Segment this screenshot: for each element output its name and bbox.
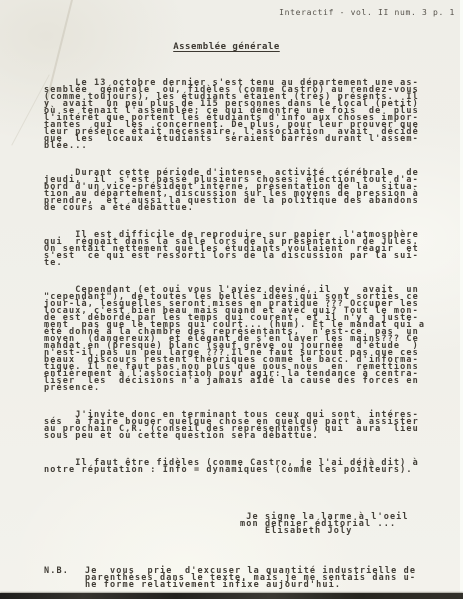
paragraph: Cependant (et oui vous l'aviez deviné, i… — [44, 287, 434, 392]
paragraph: Il est difficile de reproduire sur papie… — [44, 232, 434, 267]
postscript-label: N.B. — [44, 568, 85, 589]
postscript-text: Je vous prie d'excuser la quantité indus… — [85, 568, 434, 589]
issue-header: Interactif - vol. II num. 3 p. 1 — [279, 8, 455, 17]
paragraph: Il faut être fidèles (comme Castro, je l… — [44, 460, 434, 474]
paragraph: Durant cette période d'intense activité … — [44, 170, 434, 212]
article-body: Le 13 octobre dernier s'est tenu au dépa… — [44, 66, 434, 599]
postscript-block: N.B. Je vous prie d'excuser la quantité … — [44, 568, 434, 589]
article-title: Assemblée générale — [0, 42, 463, 52]
paragraph: J'invite donc en terminant tous ceux qui… — [44, 412, 434, 440]
scan-edge-bottom — [0, 593, 463, 599]
scanned-newsletter-page: Interactif - vol. II num. 3 p. 1 Assembl… — [0, 0, 463, 599]
signature-block: Je signe la larme à l'oeil mon dernier é… — [240, 514, 434, 535]
paragraph: Le 13 octobre dernier s'est tenu au dépa… — [44, 80, 434, 150]
